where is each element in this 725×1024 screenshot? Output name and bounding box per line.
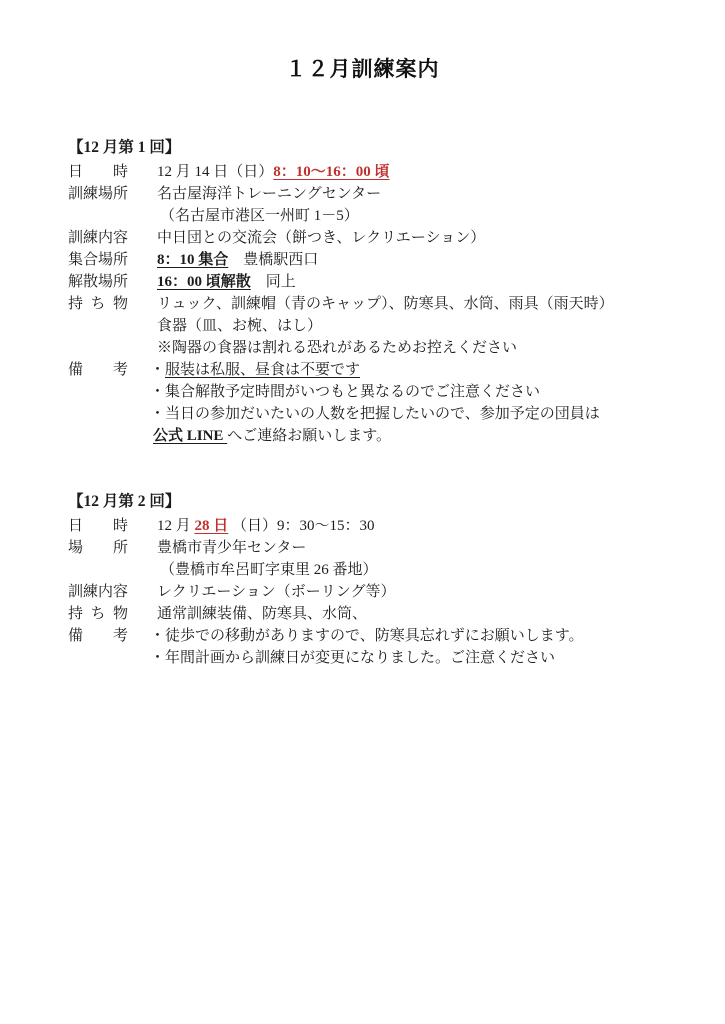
field-row: ・集合解散予定時間がいつもと異なるのでご注意ください: [0, 381, 725, 403]
field-label-char: 日: [68, 515, 83, 537]
field-row: 備考・徒歩での移動がありますので、防寒具忘れずにお願いします。: [0, 625, 725, 647]
field-label-char: 場: [98, 183, 113, 205]
field-value: 中日団との交流会（餅つき、レクリエーション）: [157, 227, 485, 249]
document-page: １２月訓練案内 【12 月第 1 回】日時12 月 14 日（日）8：10～16…: [0, 0, 725, 1024]
field-value: （名古屋市港区一州町 1－5）: [160, 205, 359, 227]
field-label: [68, 315, 128, 337]
field-value-segment: 名古屋海洋トレーニングセンター: [157, 186, 381, 202]
field-value-segment: へご連絡お願いします。: [227, 428, 391, 444]
field-value-segment: 同上: [251, 274, 296, 290]
field-label: 訓練内容: [68, 227, 128, 249]
field-value-segment: 公式 LINE: [153, 428, 227, 444]
field-label-char: 時: [113, 161, 128, 183]
field-value: ・集合解散予定時間がいつもと異なるのでご注意ください: [150, 381, 540, 403]
field-value-segment: （日）9：30～15：30: [228, 518, 374, 534]
field-label: [68, 403, 128, 425]
field-value-segment: 中日団との交流会（餅つき、レクリエーション）: [157, 230, 485, 246]
section: 【12 月第 1 回】日時12 月 14 日（日）8：10～16：00 頃訓練場…: [0, 137, 725, 447]
field-value: 12 月 28 日 （日）9：30～15：30: [157, 515, 375, 537]
field-label-char: 持: [68, 603, 83, 625]
field-value: ・当日の参加だいたいの人数を把握したいので、参加予定の団員は: [150, 403, 600, 425]
field-label-char: 場: [68, 537, 83, 559]
field-row: ・当日の参加だいたいの人数を把握したいので、参加予定の団員は: [0, 403, 725, 425]
field-label: 持ち物: [68, 603, 128, 625]
field-value-segment: 服装は私服、昼食は不要です: [165, 362, 360, 378]
field-value-segment: 通常訓練装備、防寒具、水筒、: [157, 606, 367, 622]
field-label-char: 持: [68, 293, 83, 315]
field-label-char: 練: [83, 183, 98, 205]
field-row: 備考・服装は私服、昼食は不要です: [0, 359, 725, 381]
field-label-char: 物: [113, 603, 128, 625]
field-value-segment: 豊橋駅西口: [228, 252, 318, 268]
field-row: 公式 LINE へご連絡お願いします。: [0, 425, 725, 447]
field-label: 訓練場所: [68, 183, 128, 205]
field-label-char: 所: [113, 271, 128, 293]
field-label: 場所: [68, 537, 128, 559]
field-value-segment: レクリエーション（ボーリング等）: [157, 584, 396, 600]
field-row: 持ち物リュック、訓練帽（青のキャップ）、防寒具、水筒、雨具（雨天時）: [0, 293, 725, 315]
field-row: ・年間計画から訓練日が変更になりました。ご注意ください: [0, 647, 725, 669]
field-value-segment: ・集合解散予定時間がいつもと異なるのでご注意ください: [150, 384, 540, 400]
field-value-segment: 豊橋市青少年センター: [157, 540, 306, 556]
field-label: 日時: [68, 161, 128, 183]
field-label: [68, 425, 128, 447]
field-label: 集合場所: [68, 249, 128, 271]
field-label-char: 合: [83, 249, 98, 271]
field-label-char: 場: [98, 271, 113, 293]
field-value-segment: ・当日の参加だいたいの人数を把握したいので、参加予定の団員は: [150, 406, 600, 422]
field-value: （豊橋市牟呂町字東里 26 番地）: [160, 559, 378, 581]
section: 【12 月第 2 回】日時12 月 28 日 （日）9：30～15：30場所豊橋…: [0, 491, 725, 669]
field-value: 12 月 14 日（日）8：10～16：00 頃: [157, 161, 390, 183]
field-label-char: 訓: [68, 227, 83, 249]
field-label-char: 備: [68, 359, 83, 381]
field-value-segment: ※陶器の食器は割れる恐れがあるためお控えください: [157, 340, 517, 356]
field-label-char: 練: [83, 581, 98, 603]
field-row: （豊橋市牟呂町字東里 26 番地）: [0, 559, 725, 581]
field-value-segment: ・: [150, 362, 165, 378]
field-row: （名古屋市港区一州町 1－5）: [0, 205, 725, 227]
field-label-char: 容: [113, 227, 128, 249]
field-row: ※陶器の食器は割れる恐れがあるためお控えください: [0, 337, 725, 359]
field-label-char: 時: [113, 515, 128, 537]
field-label-char: 所: [113, 249, 128, 271]
field-value-segment: ・年間計画から訓練日が変更になりました。ご注意ください: [150, 650, 555, 666]
field-label: 解散場所: [68, 271, 128, 293]
field-row: 日時12 月 28 日 （日）9：30～15：30: [0, 515, 725, 537]
field-label-char: 内: [98, 581, 113, 603]
field-value: 名古屋海洋トレーニングセンター: [157, 183, 381, 205]
field-value: ・年間計画から訓練日が変更になりました。ご注意ください: [150, 647, 555, 669]
field-label-char: 容: [113, 581, 128, 603]
field-label: 持ち物: [68, 293, 128, 315]
field-value: 食器（皿、お椀、はし）: [157, 315, 322, 337]
field-row: 持ち物通常訓練装備、防寒具、水筒、: [0, 603, 725, 625]
field-label-char: 備: [68, 625, 83, 647]
field-value: リュック、訓練帽（青のキャップ）、防寒具、水筒、雨具（雨天時）: [157, 293, 614, 315]
field-label: 備考: [68, 625, 128, 647]
field-label-char: 考: [113, 625, 128, 647]
field-label-char: 散: [83, 271, 98, 293]
field-value: 公式 LINE へご連絡お願いします。: [153, 425, 391, 447]
field-value-segment: （名古屋市港区一州町 1－5）: [160, 208, 359, 224]
field-label-char: 訓: [68, 183, 83, 205]
field-value: 8：10 集合 豊橋駅西口: [157, 249, 318, 271]
field-label-char: 所: [113, 537, 128, 559]
field-value: ※陶器の食器は割れる恐れがあるためお控えください: [157, 337, 517, 359]
field-value: 通常訓練装備、防寒具、水筒、: [157, 603, 367, 625]
field-row: 場所豊橋市青少年センター: [0, 537, 725, 559]
field-value-segment: 8：10～16：00 頃: [273, 164, 389, 180]
field-value-segment: （豊橋市牟呂町字東里 26 番地）: [160, 562, 378, 578]
field-value-segment: 16：00 頃解散: [157, 274, 251, 290]
field-row: 食器（皿、お椀、はし）: [0, 315, 725, 337]
field-row: 日時12 月 14 日（日）8：10～16：00 頃: [0, 161, 725, 183]
field-label-char: 場: [98, 249, 113, 271]
field-value-segment: リュック、訓練帽（青のキャップ）、防寒具、水筒、雨具（雨天時）: [157, 296, 614, 312]
field-label: [68, 205, 128, 227]
field-value: 16：00 頃解散 同上: [157, 271, 296, 293]
field-label-char: 訓: [68, 581, 83, 603]
field-value: ・服装は私服、昼食は不要です: [150, 359, 360, 381]
field-label: 訓練内容: [68, 581, 128, 603]
field-value-segment: 8：10 集合: [157, 252, 228, 268]
field-label-char: 集: [68, 249, 83, 271]
field-label: 備考: [68, 359, 128, 381]
field-label-char: 内: [98, 227, 113, 249]
field-row: 集合場所8：10 集合 豊橋駅西口: [0, 249, 725, 271]
field-value-segment: ・徒歩での移動がありますので、防寒具忘れずにお願いします。: [150, 628, 584, 644]
field-value: 豊橋市青少年センター: [157, 537, 306, 559]
field-value-segment: 12 月 14 日（日）: [157, 164, 273, 180]
field-value-segment: 12 月: [157, 518, 195, 534]
field-value-segment: 28 日: [195, 518, 229, 534]
field-row: 訓練場所名古屋海洋トレーニングセンター: [0, 183, 725, 205]
field-label: [68, 337, 128, 359]
field-row: 解散場所16：00 頃解散 同上: [0, 271, 725, 293]
field-label-char: 所: [113, 183, 128, 205]
field-label-char: 考: [113, 359, 128, 381]
field-label-char: 物: [113, 293, 128, 315]
field-value: ・徒歩での移動がありますので、防寒具忘れずにお願いします。: [150, 625, 584, 647]
section-header: 【12 月第 1 回】: [0, 137, 725, 159]
field-value: レクリエーション（ボーリング等）: [157, 581, 396, 603]
sections-container: 【12 月第 1 回】日時12 月 14 日（日）8：10～16：00 頃訓練場…: [0, 137, 725, 669]
field-row: 訓練内容レクリエーション（ボーリング等）: [0, 581, 725, 603]
field-row: 訓練内容中日団との交流会（餅つき、レクリエーション）: [0, 227, 725, 249]
field-label-char: ち: [90, 603, 105, 625]
section-header: 【12 月第 2 回】: [0, 491, 725, 513]
field-label: [68, 647, 128, 669]
field-label-char: 解: [68, 271, 83, 293]
field-label-char: 日: [68, 161, 83, 183]
field-label-char: 練: [83, 227, 98, 249]
field-label: [68, 381, 128, 403]
field-label: [68, 559, 128, 581]
field-label: 日時: [68, 515, 128, 537]
page-title: １２月訓練案内: [0, 0, 725, 83]
field-value-segment: 食器（皿、お椀、はし）: [157, 318, 322, 334]
field-label-char: ち: [90, 293, 105, 315]
